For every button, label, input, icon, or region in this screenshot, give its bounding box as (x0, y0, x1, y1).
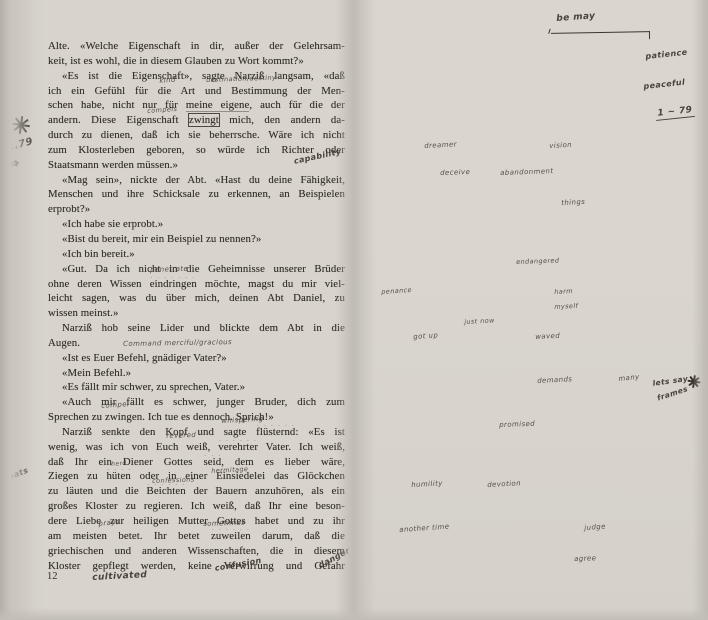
text-line: «Bist du bereit, mir ein Beispiel zu nen… (48, 232, 345, 247)
text-line: «Mein Befehl.» (48, 366, 345, 381)
text-line: «Ist es Euer Befehl, gnädiger Vater?» (48, 351, 345, 366)
pencil-mark-wavy: zuweilen (211, 530, 251, 542)
text-line: Kloster gepflegt werden, keine Verwirrun… (48, 559, 345, 574)
book-scan: Alte. «Welche Eigenschaft in dir, außer … (0, 0, 708, 620)
text-line: griechischen und anderen Wissenschaften,… (48, 544, 345, 559)
text-line: andern. Diese Eigenschaft zwingt mich, d… (48, 113, 345, 128)
text-line: daß Ihr ein Diener Gottes seid, dem es l… (48, 455, 345, 470)
pencil-mark-box: zwingt (189, 114, 219, 126)
text-line: leicht sagen, was du über mich, deinen A… (48, 291, 345, 306)
right-page-paper (354, 0, 702, 620)
pencil-mark-wavy: verehrter (218, 441, 258, 453)
text-line: ohne deren Wissen eindringen möchte, mag… (48, 277, 345, 292)
text-line: Sprechen zu zwingen. Ich tue es dennoch.… (48, 410, 345, 425)
text-line: am meisten betet. Ihr betet zuweilen dar… (48, 529, 345, 544)
text-line: «Gut. Da ich nicht in die Geheimnisse un… (48, 262, 345, 277)
text-line: schen habe, nicht nur für meine eigene, … (48, 98, 345, 113)
left-page: Alte. «Welche Eigenschaft in dir, außer … (0, 0, 354, 620)
pencil-mark-ulight: meine eigene (186, 99, 250, 111)
text-line: «Es ist die Eigenschaft», sagte Narziß l… (48, 69, 345, 84)
text-line: Staatsmann werden müssen.» (48, 158, 345, 173)
text-line: Augen. (48, 336, 345, 351)
right-page: für die Seelen Eurer Anbefohlenen sein m… (354, 0, 708, 620)
text-line: «Auch mir fällt es schwer, junger Bruder… (48, 395, 345, 410)
text-line: erprobt?» (48, 202, 345, 217)
text-line: «Ich bin bereit.» (48, 247, 345, 262)
text-line: keit, ist es wohl, die in diesem Glauben… (48, 54, 345, 69)
text-line: «Mag sein», nickte der Abt. «Hast du dei… (48, 173, 345, 188)
text-line: dere Liebe zur heiligen Mutter Gottes ha… (48, 514, 345, 529)
text-line: ich ein Gefühl für die Art und Bestimmun… (48, 84, 345, 99)
pencil-mark-wavy: seid (203, 456, 221, 468)
pencil-mark-wavy: eindringen (150, 278, 197, 290)
pencil-mark-wavy: Beichten (147, 485, 186, 497)
page-number-left: 12 (47, 571, 58, 582)
text-line: zum Klosterleben geboren, so würde ich R… (48, 143, 345, 158)
text-line: wenig, was ich von Euch weiß, verehrter … (48, 440, 345, 455)
text-line: Narziß hob seine Lider und blickte dem A… (48, 321, 345, 336)
text-line: «Ich habe sie erprobt.» (48, 217, 345, 232)
pencil-mark-wavy: flüsternd (256, 426, 295, 438)
text-line: Narziß senkte den Kopf und sagte flüster… (48, 425, 345, 440)
text-line: zu läuten und die Beichten der Bauern an… (48, 484, 345, 499)
text-line: Menschen und ihre Schicksale zu erkennen… (48, 187, 345, 202)
text-line: Alte. «Welche Eigenschaft in dir, außer … (48, 39, 345, 54)
text-line: großes Kloster zu regieren. Ich weiß, da… (48, 499, 345, 514)
left-page-text: Alte. «Welche Eigenschaft in dir, außer … (48, 39, 345, 573)
pencil-mark-wavy: hüten (106, 470, 131, 482)
text-line: wissen meinst.» (48, 306, 345, 321)
text-line: Ziegen zu hüten oder in einer Einsiedele… (48, 469, 345, 484)
text-line: durch zu dienen, daß ich sie beherrsche.… (48, 128, 345, 143)
text-line: «Es fällt mir schwer, zu sprechen, Vater… (48, 380, 345, 395)
